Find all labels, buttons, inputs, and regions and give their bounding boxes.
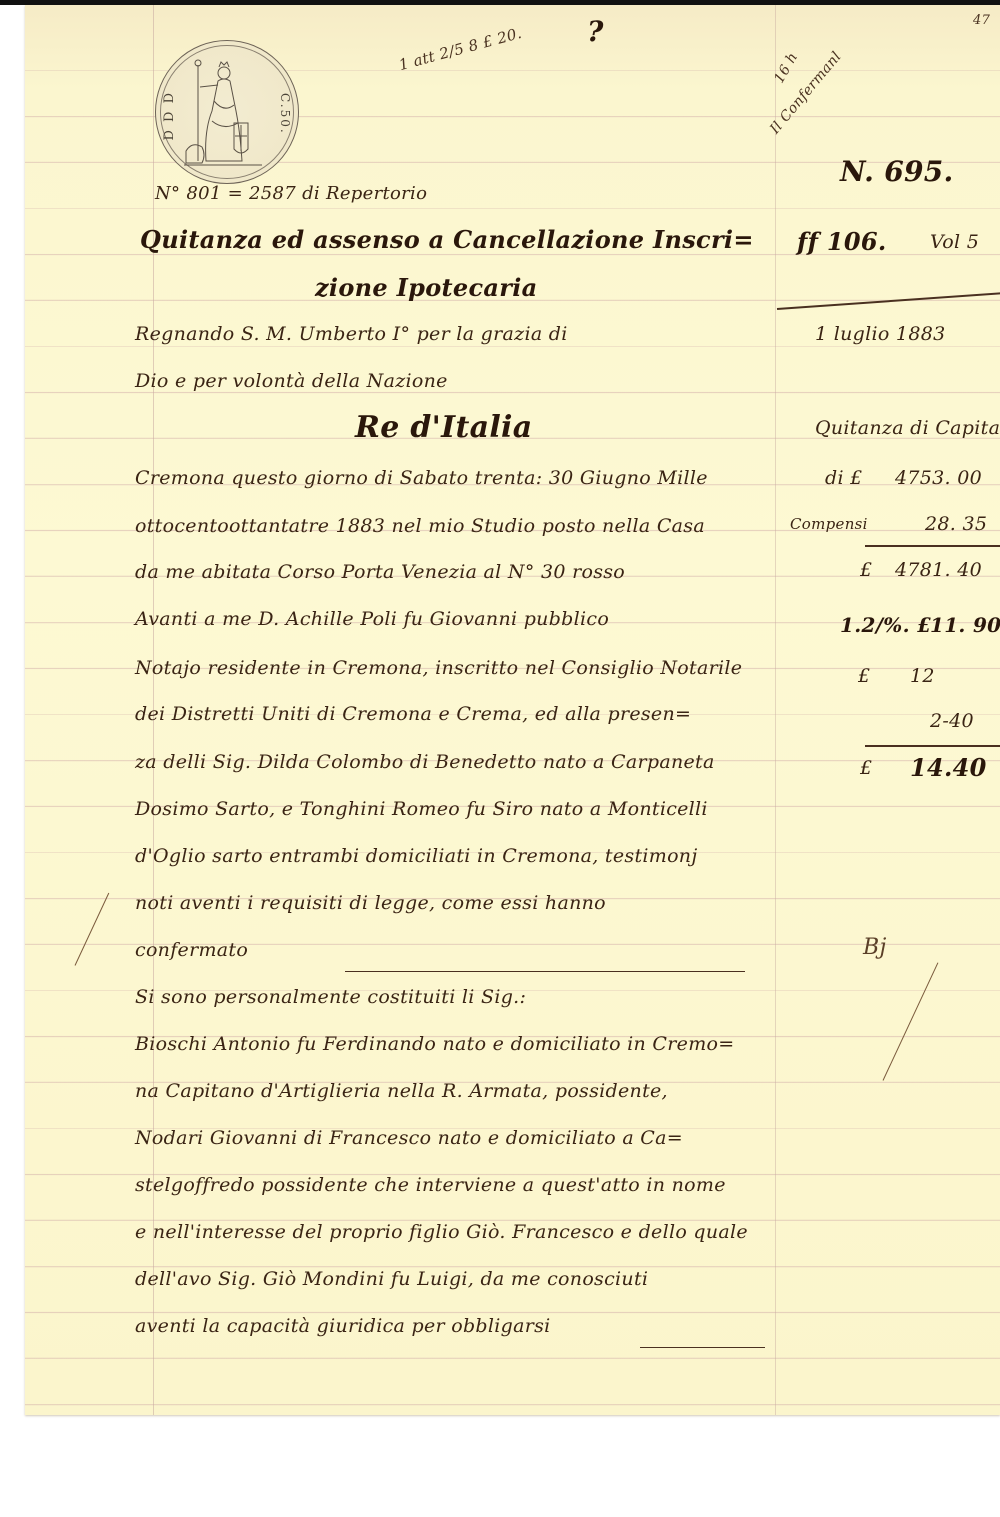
page-number: 47: [973, 13, 990, 28]
fee-amount: 28. 35: [925, 513, 987, 535]
fee-label: £: [860, 757, 872, 779]
body-line: stelgoffredo possidente che interviene a…: [135, 1174, 726, 1196]
body-line: dell'avo Sig. Giò Mondini fu Luigi, da m…: [135, 1268, 648, 1290]
sum-line: [865, 545, 1000, 547]
body-line: d'Oglio sarto entrambi domiciliati in Cr…: [135, 845, 698, 867]
fee-label: 1.2/%. £: [840, 613, 931, 637]
body-line: Notajo residente in Cremona, inscritto n…: [135, 657, 742, 679]
fee-amount: 4781. 40: [895, 559, 982, 581]
stamp-right-text: C.50.: [278, 93, 292, 135]
registration-number: N. 695.: [840, 155, 954, 188]
folio-number: ff 106.: [797, 227, 887, 256]
fee-label: Compensi: [790, 515, 868, 533]
body-line: Bioschi Antonio fu Ferdinando nato e dom…: [135, 1033, 734, 1055]
line-filler-stroke: [640, 1347, 765, 1348]
body-line: dei Distretti Uniti di Cremona e Crema, …: [135, 703, 691, 725]
body-heading-re-italia: Re d'Italia: [355, 410, 533, 445]
initials-mark: Bj: [863, 935, 887, 960]
revenue-stamp: D D D C.50.: [155, 40, 299, 184]
fee-label: £: [858, 665, 870, 687]
fee-label: £: [860, 559, 872, 581]
registration-date: 1 luglio 1883: [815, 323, 946, 345]
body-line: za delli Sig. Dilda Colombo di Benedetto…: [135, 751, 715, 773]
body-line: ottocentoottantatre 1883 nel mio Studio …: [135, 515, 705, 537]
body-line: Dio e per volontà della Nazione: [135, 370, 448, 392]
fee-amount: 11. 90: [930, 613, 1000, 637]
body-line: Si sono personalmente costituiti li Sig.…: [135, 986, 526, 1008]
question-mark: ?: [587, 15, 604, 48]
body-line: noti aventi i requisiti di legge, come e…: [135, 892, 606, 914]
body-line: Regnando S. M. Umberto I° per la grazia …: [135, 323, 568, 345]
repertorio-number: N° 801 = 2587 di Repertorio: [155, 183, 427, 204]
fee-amount: 2-40: [930, 710, 974, 732]
body-line: Avanti a me D. Achille Poli fu Giovanni …: [135, 608, 609, 630]
line-filler-stroke: [345, 971, 745, 972]
document-title-line2: zione Ipotecaria: [315, 273, 537, 302]
body-line: e nell'interesse del proprio figlio Giò.…: [135, 1221, 748, 1243]
fee-heading: Quitanza di Capitale: [815, 417, 1000, 439]
body-line: confermato: [135, 939, 248, 961]
italia-turrita-seated-figure-icon: [184, 51, 264, 173]
body-line: na Capitano d'Artiglieria nella R. Armat…: [135, 1080, 668, 1102]
document-page: D D D C.50. 1 att 2/5 8 £ 20. ? 16 h Il: [25, 5, 1000, 1415]
body-line: Cremona questo giorno di Sabato trenta: …: [135, 467, 708, 489]
right-margin-line: [775, 5, 776, 1415]
fee-amount: 12: [910, 665, 935, 687]
fee-amount: 14.40: [910, 753, 987, 782]
total-line: [865, 745, 1000, 747]
body-line: da me abitata Corso Porta Venezia al N° …: [135, 561, 625, 583]
fee-label: di £: [825, 467, 863, 489]
fee-amount: 4753. 00: [895, 467, 982, 489]
document-title-line1: Quitanza ed assenso a Cancellazione Insc…: [140, 225, 754, 254]
body-line: aventi la capacità giuridica per obbliga…: [135, 1315, 551, 1337]
body-line: Dosimo Sarto, e Tonghini Romeo fu Siro n…: [135, 798, 708, 820]
body-line: Nodari Giovanni di Francesco nato e domi…: [135, 1127, 683, 1149]
stamp-left-text: D D D: [162, 91, 177, 141]
volume-number: Vol 5: [930, 231, 979, 253]
